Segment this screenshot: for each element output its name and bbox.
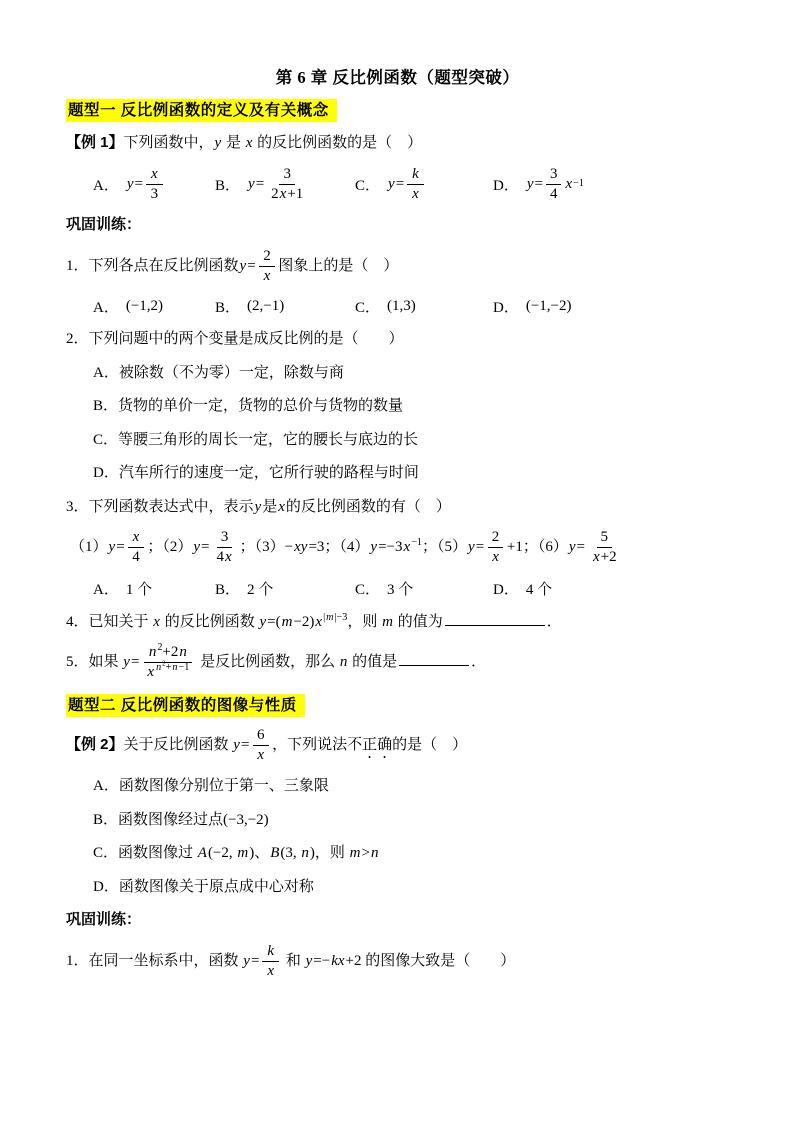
text-run: −2)	[293, 614, 314, 630]
q1-stem: 1．下列各点在反比例函数y=2x图象上的是（ ）	[66, 248, 729, 286]
math-variable: m	[381, 614, 394, 630]
text-run: 4．已知关于	[66, 614, 152, 630]
math-variable: y	[239, 258, 248, 274]
text-run: =	[201, 539, 209, 555]
text-run: −1	[573, 178, 584, 189]
fraction-denominator: 4	[128, 548, 144, 566]
text-run: ；（3）−	[240, 539, 293, 555]
text-run: 1．下列各点在反比例函数	[66, 258, 239, 274]
text-run: 的值是	[348, 654, 397, 670]
math-variable: y	[568, 539, 577, 555]
fraction-numerator: 3	[546, 166, 562, 185]
section-heading-type2: 题型二 反比例函数的图像与性质	[66, 693, 729, 715]
math-variable: n	[300, 845, 310, 861]
math-variable: x	[564, 176, 573, 193]
option: C．y=kx	[355, 166, 493, 204]
option-label: B．	[215, 174, 240, 195]
text-run: 2	[263, 248, 271, 264]
text-run: 的值为	[394, 614, 443, 630]
text-run: +1	[287, 186, 303, 202]
text-run: )，则	[310, 845, 349, 861]
text-run: 和	[282, 953, 305, 969]
math-variable: k	[411, 166, 420, 182]
text-run: (−1,−2)	[526, 298, 572, 315]
math-variable: x	[132, 529, 141, 545]
math-variable: n	[370, 845, 380, 861]
math-variable: x	[256, 747, 265, 763]
fraction-numerator: 3	[217, 529, 233, 548]
fraction: 34	[546, 166, 562, 204]
option-label: D．	[493, 174, 519, 195]
text-run: 2．下列问题中的两个变量是成反比例的是（ ）	[66, 331, 404, 347]
highlighted-heading-text: 题型一 反比例函数的定义及有关概念	[66, 99, 337, 122]
text-run: 1．在同一坐标系中，函数	[66, 953, 242, 969]
math-variable: k	[266, 943, 275, 959]
math-variable: m	[349, 845, 362, 861]
option: D．4 个	[493, 578, 552, 599]
example2-choice-d: D．函数图像关于原点成中心对称	[93, 876, 729, 899]
document-content: 题型一 反比例函数的定义及有关概念【例 1】下列函数中，y 是 x 的反比例函数…	[66, 98, 729, 980]
text-run: (−1,2)	[126, 298, 163, 315]
math-variable: y	[467, 539, 476, 555]
math-variable: y	[258, 614, 267, 630]
fraction-denominator: xn2+n−1	[142, 663, 193, 681]
text-run: |−3	[334, 612, 347, 623]
text-run: =	[251, 953, 259, 969]
text-run: （1）	[70, 539, 108, 555]
bold-label: 【例 2】	[66, 736, 124, 753]
math-variable: y	[214, 135, 223, 151]
text-run: 是反比例函数，那么	[196, 654, 339, 670]
option-label: A．	[93, 578, 119, 599]
fraction: 34x	[212, 529, 236, 567]
bold-label: 巩固训练：	[66, 911, 141, 928]
fraction-denominator: 4	[546, 185, 562, 203]
text-run: 关于反比例函数	[124, 737, 233, 753]
section-heading-type1: 题型一 反比例函数的定义及有关概念	[66, 98, 729, 120]
text-run: 5	[601, 529, 609, 545]
text-run: ．	[547, 614, 562, 630]
text-run: 3 个	[387, 578, 413, 599]
q4-stem: 4．已知关于 x 的反比例函数 y=(m−2)x|m|−3，则 m 的值为．	[66, 610, 729, 634]
text-run: (1,3)	[387, 298, 416, 315]
text-run: 的反比例函数的是（ ）	[253, 135, 422, 151]
text-run: +1；（6）	[507, 539, 568, 555]
document-page: 第 6 章 反比例函数（题型突破） 题型一 反比例函数的定义及有关概念【例 1】…	[0, 0, 793, 1122]
math-variable: y	[122, 654, 131, 670]
math-variable: x	[403, 539, 412, 555]
text-run: =	[256, 176, 264, 193]
answer-blank	[399, 650, 469, 666]
option-label: A．	[93, 174, 119, 195]
fraction-denominator: x	[259, 267, 276, 285]
math-variable: n	[148, 644, 158, 660]
q3-expressions: （1）y=x4；（2）y=34x；（3）−xy=3；（4）y=−3x−1；（5）…	[70, 529, 729, 567]
superscript: −1	[411, 537, 422, 548]
math-variable: y	[232, 737, 241, 753]
page-title: 第 6 章 反比例函数（题型突破）	[66, 64, 729, 88]
fraction: 2x	[487, 529, 504, 567]
q3-options: A．1 个B．2 个C．3 个D．4 个	[93, 578, 729, 599]
text-run: =	[116, 539, 124, 555]
text-run: 图象上的是（ ）	[278, 258, 398, 274]
math-variable: x	[592, 549, 601, 565]
text-run: )、	[249, 845, 269, 861]
option-label: C．	[355, 578, 380, 599]
text-run: =	[247, 258, 255, 274]
consolidation-label-1: 巩固训练：	[66, 214, 729, 237]
math-variable: m	[236, 845, 249, 861]
math-variable: y	[192, 539, 201, 555]
fraction-denominator: x+2	[588, 548, 621, 566]
option-label: C．	[355, 174, 380, 195]
fraction: kx	[407, 166, 424, 204]
text-run: 3	[550, 166, 558, 182]
text-run: =	[241, 737, 249, 753]
text-run: −1	[411, 537, 422, 548]
text-run: =	[476, 539, 484, 555]
math-variable: x	[224, 549, 233, 565]
math-variable: y	[526, 176, 535, 193]
fraction-numerator: x	[128, 529, 145, 548]
text-run: 是	[222, 135, 245, 151]
text-run: 的反比例函数	[161, 614, 259, 630]
example2-choice-a: A．函数图像分别位于第一、三象限	[93, 775, 729, 798]
fraction-numerator: 6	[253, 727, 269, 746]
fraction-denominator: x	[487, 548, 504, 566]
math-variable: y	[254, 499, 263, 515]
text-run: C．函数图像过	[93, 845, 197, 861]
text-run: =3；（4）	[308, 539, 369, 555]
math-variable: x	[314, 614, 323, 630]
fraction-numerator: k	[262, 943, 279, 962]
text-run: =	[396, 176, 404, 193]
q2-choice-c: C．等腰三角形的周长一定，它的腰长与底边的长	[93, 429, 729, 452]
q2-choice-a: A．被除数（不为零）一定，除数与商	[93, 362, 729, 385]
fraction-denominator: 3	[147, 185, 163, 203]
text-run: 3．下列函数表达式中，表示	[66, 499, 254, 515]
text-run: +2	[601, 549, 617, 565]
math-variable: y	[387, 176, 396, 193]
text-run: 2 个	[247, 578, 273, 599]
consolidation-label-2: 巩固训练：	[66, 909, 729, 932]
example2-stem: 【例 2】关于反比例函数 y=6x，下列说法不正确的是（ ）	[66, 727, 729, 765]
math-variable: y	[247, 176, 256, 193]
bold-label: 【例 1】	[66, 134, 124, 151]
text-run: 4	[132, 549, 140, 565]
text-run: ；（5）	[422, 539, 467, 555]
fraction-denominator: x	[262, 962, 279, 980]
option: C．3 个	[355, 578, 493, 599]
superscript: |m|−3	[323, 612, 347, 623]
text-run: =(	[267, 614, 280, 630]
math-variable: y	[369, 539, 378, 555]
math-variable: x	[146, 664, 155, 680]
type2-q1-stem: 1．在同一坐标系中，函数 y=kx 和 y=−kx+2 的图像大致是（ ）	[66, 943, 729, 981]
text-run: 4	[216, 549, 224, 565]
fraction-denominator: 4x	[212, 548, 236, 566]
text-run: (2,−1)	[247, 298, 284, 315]
option: A．(−1,2)	[93, 296, 215, 317]
math-variable: x	[411, 186, 420, 202]
text-run: 5．如果	[66, 654, 122, 670]
math-variable: x	[277, 499, 286, 515]
text-run: ，下列说法不	[272, 737, 362, 753]
text-run: 3	[283, 166, 291, 182]
option: B．(2,−1)	[215, 296, 355, 317]
superscript: n2+n−1	[155, 662, 189, 673]
text-run: =	[131, 654, 139, 670]
math-variable: x	[263, 268, 272, 284]
text-run: D．汽车所行的速度一定，它所行驶的路程与时间	[93, 465, 419, 481]
fraction-numerator: 2	[259, 248, 275, 267]
math-variable: n	[178, 644, 188, 660]
option: C．(1,3)	[355, 296, 493, 317]
text-run: 1 个	[126, 578, 152, 599]
text-run: =−	[313, 953, 330, 969]
text-run: ．	[471, 654, 486, 670]
fraction-denominator: x	[252, 746, 269, 764]
q2-stem: 2．下列问题中的两个变量是成反比例的是（ ）	[66, 328, 729, 351]
math-variable: A	[197, 845, 208, 861]
math-variable: n	[339, 654, 349, 670]
text-run: =	[535, 176, 543, 193]
fraction: x4	[128, 529, 145, 567]
fraction-numerator: x	[146, 166, 163, 185]
text-run: 下列函数中，	[124, 135, 214, 151]
text-run: >	[362, 845, 370, 861]
text-run: 6	[257, 727, 265, 743]
bold-label: 巩固训练：	[66, 216, 141, 233]
text-run: =	[135, 176, 143, 193]
fraction: x3	[146, 166, 163, 204]
text-run: (−2,	[208, 845, 236, 861]
fraction: 6x	[252, 727, 269, 765]
text-run: A．函数图像分别位于第一、三象限	[93, 778, 329, 794]
math-variable: x	[491, 549, 500, 565]
emphasized-text: 正确	[362, 737, 392, 753]
text-run: 3	[221, 529, 229, 545]
option: B．y=32x+1	[215, 166, 355, 204]
q2-choice-b: B．货物的单价一定，货物的总价与货物的数量	[93, 395, 729, 418]
option-label: A．	[93, 296, 119, 317]
text-run: 3	[151, 186, 159, 202]
option: A．y=x3	[93, 166, 215, 204]
fraction: 2x	[259, 248, 276, 286]
text-run: +2 的图像大致是（ ）	[346, 953, 516, 969]
text-run: 4 个	[526, 578, 552, 599]
math-variable: y	[305, 953, 314, 969]
fraction-numerator: 3	[279, 166, 295, 185]
example2-choice-b: B．函数图像经过点(−3,−2)	[93, 809, 729, 832]
highlighted-heading-text: 题型二 反比例函数的图像与性质	[66, 694, 305, 717]
text-run: 的是（ ）	[392, 737, 467, 753]
math-variable: m	[281, 614, 294, 630]
text-run: ，则	[347, 614, 381, 630]
fraction-numerator: k	[407, 166, 424, 185]
answer-blank	[445, 610, 545, 626]
q5-stem: 5．如果 y=n2+2nxn2+n−1 是反比例函数，那么 n 的值是．	[66, 644, 729, 682]
text-run: =	[577, 539, 585, 555]
text-run: +2	[162, 644, 178, 660]
example1-options: A．y=x3B．y=32x+1C．y=kxD．y=34x−1	[93, 166, 729, 204]
text-run: 4	[550, 186, 558, 202]
example2-choice-c: C．函数图像过 A(−2, m)、B(3, n)，则 m>n	[93, 842, 729, 865]
text-run: 2	[492, 529, 500, 545]
fraction-numerator: n2+2n	[144, 644, 192, 663]
fraction-numerator: 2	[488, 529, 504, 548]
math-variable: x	[152, 614, 161, 630]
text-run: D．函数图像关于原点成中心对称	[93, 879, 314, 895]
fraction: n2+2nxn2+n−1	[142, 644, 193, 682]
fraction: 5x+2	[588, 529, 621, 567]
fraction-denominator: x	[407, 185, 424, 203]
text-run: (3,	[280, 845, 300, 861]
fraction-numerator: 5	[597, 529, 613, 548]
option-label: B．	[215, 578, 240, 599]
option: D．y=34x−1	[493, 166, 584, 204]
text-run: B．货物的单价一定，货物的总价与货物的数量	[93, 398, 403, 414]
option-label: C．	[355, 296, 380, 317]
option: B．2 个	[215, 578, 355, 599]
option-label: D．	[493, 578, 519, 599]
math-variable: xy	[293, 539, 308, 555]
math-variable: y	[108, 539, 117, 555]
text-run: A．被除数（不为零）一定，除数与商	[93, 365, 344, 381]
option-label: B．	[215, 296, 240, 317]
q2-choice-d: D．汽车所行的速度一定，它所行驶的路程与时间	[93, 462, 729, 485]
text-run: 是	[262, 499, 277, 515]
text-run: =−3	[378, 539, 402, 555]
option: A．1 个	[93, 578, 215, 599]
math-variable: y	[242, 953, 251, 969]
text-run: C．等腰三角形的周长一定，它的腰长与底边的长	[93, 432, 418, 448]
math-variable: kx	[330, 953, 345, 969]
text-run: B．函数图像经过点(−3,−2)	[93, 812, 269, 828]
math-variable: B	[269, 845, 280, 861]
option: D．(−1,−2)	[493, 296, 572, 317]
math-variable: y	[126, 176, 135, 193]
text-run: ；（2）	[147, 539, 192, 555]
fraction-denominator: 2x+1	[267, 185, 307, 203]
q1-options: A．(−1,2)B．(2,−1)C．(1,3)D．(−1,−2)	[93, 296, 729, 317]
text-run: 2	[271, 186, 279, 202]
text-run: 的反比例函数的有（ ）	[286, 499, 451, 515]
q3-stem: 3．下列函数表达式中，表示y是x的反比例函数的有（ ）	[66, 496, 729, 519]
text-run: −1	[178, 662, 189, 673]
example1-stem: 【例 1】下列函数中，y 是 x 的反比例函数的是（ ）	[66, 132, 729, 155]
option-label: D．	[493, 296, 519, 317]
math-variable: x	[150, 166, 159, 182]
math-variable: x	[266, 963, 275, 979]
fraction: kx	[262, 943, 279, 981]
fraction: 32x+1	[267, 166, 307, 204]
